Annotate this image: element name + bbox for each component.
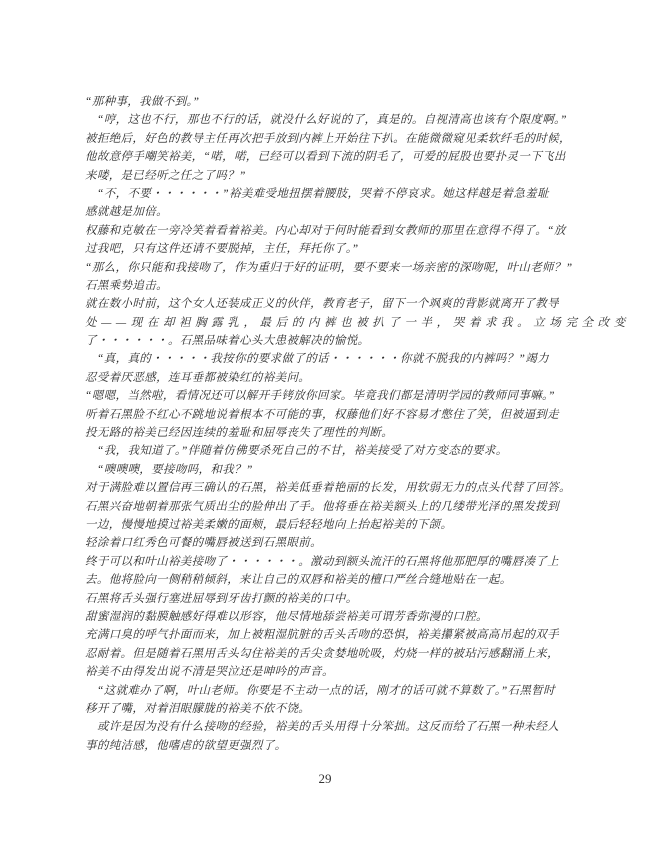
text-line: 投无路的裕美已经因连续的羞耻和屈辱丧失了理性的判断。 xyxy=(85,424,575,442)
text-line: 移开了嘴，对着泪眼朦胧的裕美不依不饶。 xyxy=(85,700,575,718)
page-text: “那种事，我做不到。”“哼，这也不行，那也不行的话，就没什么好说的了，真是的。自… xyxy=(85,93,575,755)
text-line: 或许是因为没有什么接吻的经验，裕美的舌头用得十分笨拙。这反而给了石黑一种未经人 xyxy=(85,718,575,736)
text-line: 过我吧，只有这件还请不要脱掉，主任，拜托你了。” xyxy=(85,240,575,258)
text-line: 去。他将脸向一侧稍稍倾斜，来让自己的双唇和裕美的檀口严丝合缝地贴在一起。 xyxy=(85,571,575,589)
text-line: “这就难办了啊，叶山老师。你要是不主动一点的话，刚才的话可就不算数了。”石黑暂时 xyxy=(85,682,575,700)
text-line: 石黑将舌头强行塞进屈辱到牙齿打颤的裕美的口中。 xyxy=(85,590,575,608)
text-line: “嗯嗯，当然啦，看情况还可以解开手铐放你回家。毕竟我们都是清明学园的教师同事嘛。… xyxy=(85,387,575,405)
text-line: 忍受着厌恶感，连耳垂都被染红的裕美问。 xyxy=(85,369,575,387)
text-line: 裕美不由得发出说不清是哭泣还是呻吟的声音。 xyxy=(85,663,575,681)
text-line: “我，我知道了。”伴随着仿佛要杀死自己的不甘，裕美接受了对方变态的要求。 xyxy=(85,442,575,460)
text-line: 甜蜜湿润的黏膜触感好得难以形容，他尽情地舔尝裕美可谓芳香弥漫的口腔。 xyxy=(85,608,575,626)
text-line: “不，不要・・・・・・”裕美难受地扭摆着腰肢，哭着不停哀求。她这样越是着急羞耻 xyxy=(85,185,575,203)
page-number: 29 xyxy=(0,771,650,787)
text-line: 他故意停手嘲笑裕美，“喏，喏，已经可以看到下流的阴毛了，可爱的屁股也要扑灵一下飞… xyxy=(85,148,575,166)
text-line: 充满口臭的呼气扑面而来，加上被粗湿肮脏的舌头舌吻的恐惧，裕美攥紧被高高吊起的双手 xyxy=(85,626,575,644)
text-line: 感就越是加倍。 xyxy=(85,203,575,221)
text-line: 忍耐着。但是随着石黑用舌头勾住裕美的舌尖贪婪地吮吸，灼烧一样的被玷污感翻涌上来， xyxy=(85,645,575,663)
text-line: “哼，这也不行，那也不行的话，就没什么好说的了，真是的。自视清高也该有个限度啊。… xyxy=(85,111,575,129)
text-line: 石黑乘势追击。 xyxy=(85,277,575,295)
text-line: “那么，你只能和我接吻了，作为重归于好的证明，要不要来一场亲密的深吻呢，叶山老师… xyxy=(85,259,575,277)
text-line: 一边，慢慢地摸过裕美柔嫩的面颊，最后轻轻地向上抬起裕美的下颌。 xyxy=(85,516,575,534)
text-line: 权藤和克敏在一旁冷笑着看着裕美。内心却对于何时能看到女教师的那里在意得不得了。“… xyxy=(85,222,575,240)
text-line: 终于可以和叶山裕美接吻了・・・・・・。激动到额头流汗的石黑将他那肥厚的嘴唇凑了上 xyxy=(85,553,575,571)
text-line: 被拒绝后，好色的教导主任再次把手放到内裤上开始往下扒。在能微微窥见柔软纤毛的时候… xyxy=(85,130,575,148)
text-line: 轻涂着口红秀色可餐的嘴唇被送到石黑眼前。 xyxy=(85,534,575,552)
text-line: “噢噢噢，要接吻吗，和我？” xyxy=(85,461,575,479)
text-line: 了・・・・・・。石黑品味着心头大患被解决的愉悦。 xyxy=(85,332,575,350)
text-line: 处——现在却袒胸露乳，最后的内裤也被扒了一半，哭着求我。立场完全改变 xyxy=(85,314,575,332)
text-line: 就在数小时前，这个女人还装成正义的伙伴，教育老子，留下一个飒爽的背影就离开了教导 xyxy=(85,295,575,313)
text-line: 听着石黑脸不红心不跳地说着根本不可能的事，权藤他们好不容易才憋住了笑，但被逼到走 xyxy=(85,406,575,424)
text-line: “那种事，我做不到。” xyxy=(85,93,575,111)
text-line: 来喽，是已经听之任之了吗？” xyxy=(85,167,575,185)
text-line: 石黑兴奋地朝着那张气质出尘的脸伸出了手。他将垂在裕美额头上的几缕带光泽的黑发拨到 xyxy=(85,498,575,516)
text-line: 对于满脸难以置信再三确认的石黑，裕美低垂着艳丽的长发，用软弱无力的点头代替了回答… xyxy=(85,479,575,497)
document-page: “那种事，我做不到。”“哼，这也不行，那也不行的话，就没什么好说的了，真是的。自… xyxy=(0,0,650,850)
text-line: 事的纯洁感，他嗜虐的欲望更强烈了。 xyxy=(85,737,575,755)
text-line: “真，真的・・・・・我按你的要求做了的话・・・・・・你就不脱我的内裤吗？”竭力 xyxy=(85,350,575,368)
